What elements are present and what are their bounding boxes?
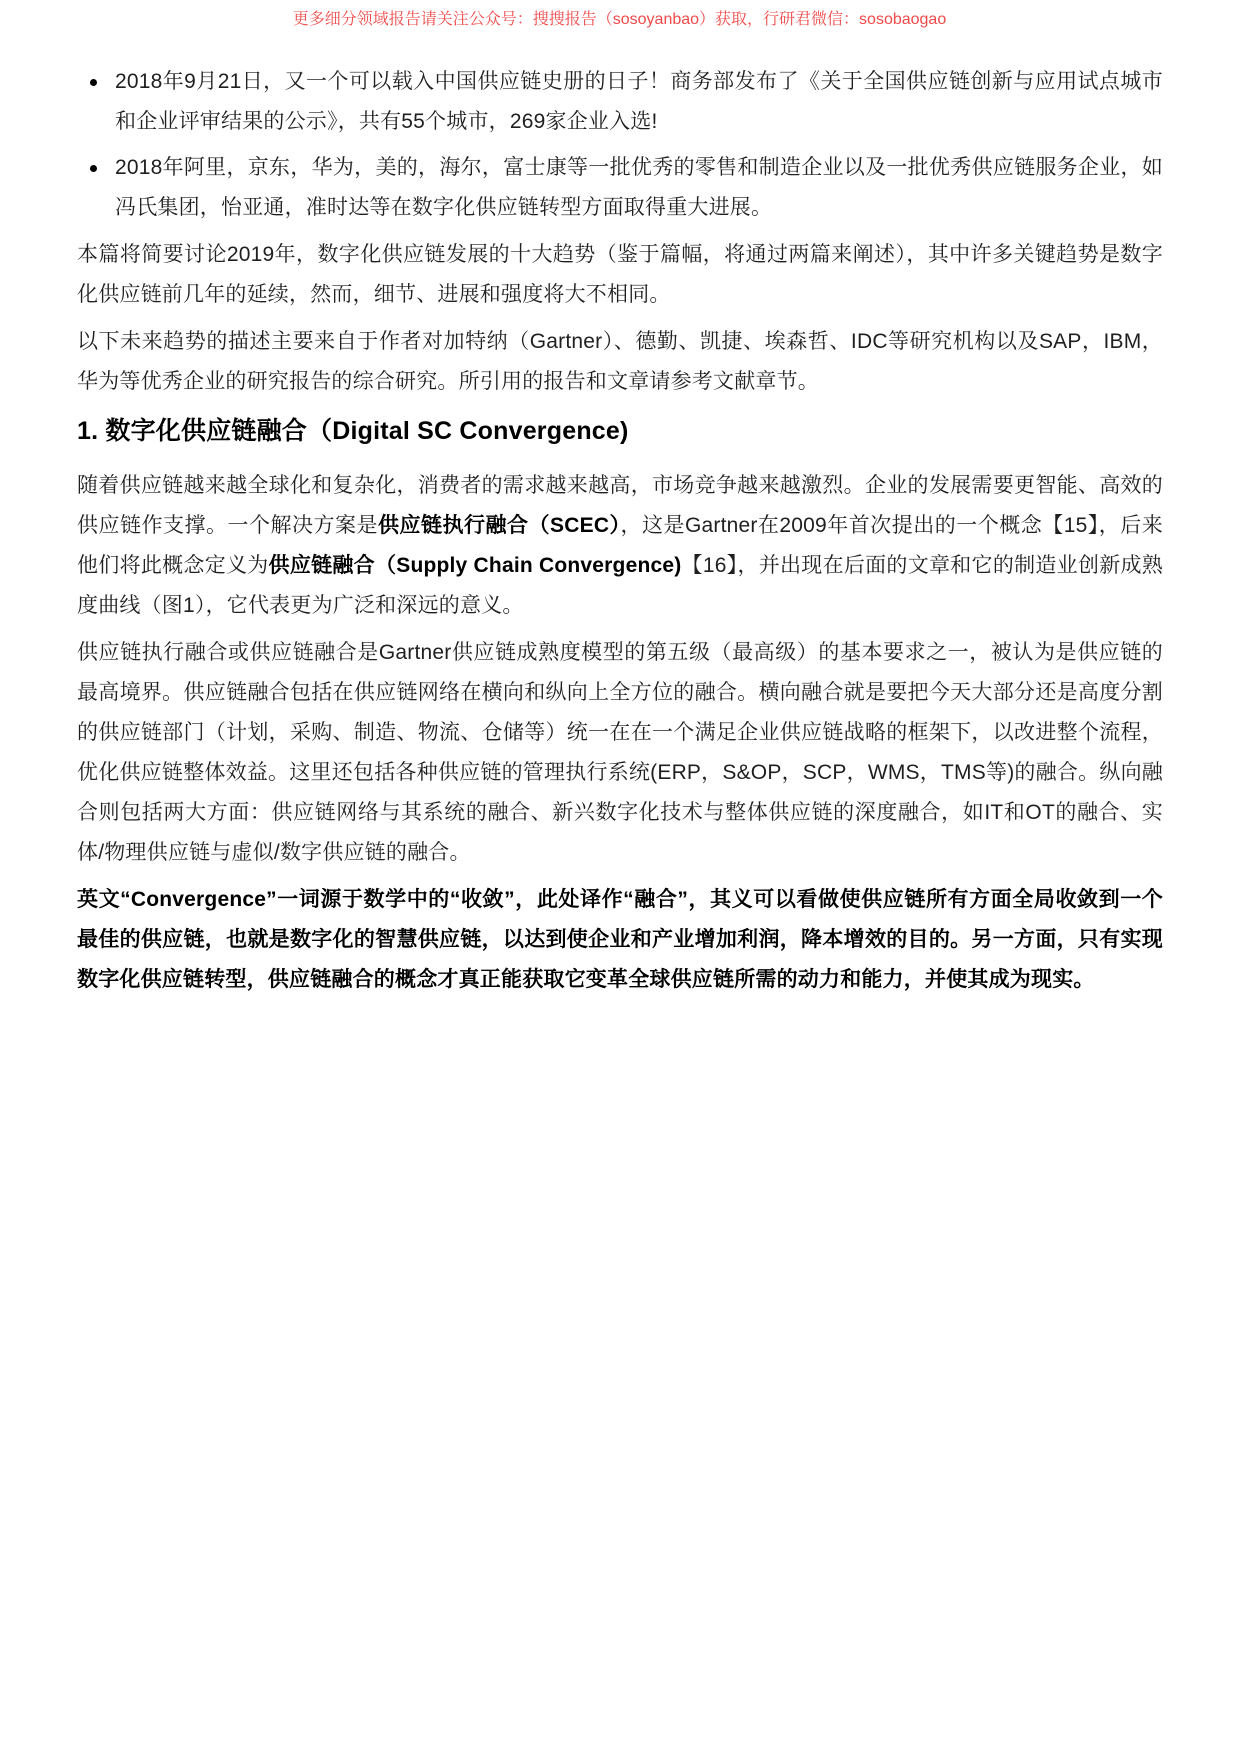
text-run: 英文“Convergence”一词源于数学中的“收敛”，此处译作“融合”，其义可… xyxy=(77,888,1163,991)
paragraph: 以下未来趋势的描述主要来自于作者对加特纳（Gartner）、德勤、凯捷、埃森哲、… xyxy=(77,322,1163,402)
promo-header: 更多细分领域报告请关注公众号：搜搜报告（sosoyanbao）获取，行研君微信：… xyxy=(0,0,1239,31)
text-run: 供应链执行融合或供应链融合是Gartner供应链成熟度模型的第五级（最高级）的基… xyxy=(77,641,1163,864)
document-body: 2018年9月21日，又一个可以载入中国供应链史册的日子！商务部发布了《关于全国… xyxy=(77,62,1163,1000)
section-heading: 1. 数字化供应链融合（Digital SC Convergence) xyxy=(77,413,1163,449)
bullet-icon xyxy=(90,79,97,86)
list-item: 2018年阿里，京东，华为，美的，海尔，富士康等一批优秀的零售和制造企业以及一批… xyxy=(77,148,1163,228)
paragraph: 本篇将简要讨论2019年，数字化供应链发展的十大趋势（鉴于篇幅，将通过两篇来阐述… xyxy=(77,235,1163,315)
text-run: 供应链融合（Supply Chain Convergence) xyxy=(269,554,682,577)
text-run: 2018年阿里，京东，华为，美的，海尔，富士康等一批优秀的零售和制造企业以及一批… xyxy=(115,156,1163,219)
bullet-icon xyxy=(90,165,97,172)
document-page: 更多细分领域报告请关注公众号：搜搜报告（sosoyanbao）获取，行研君微信：… xyxy=(0,0,1239,1754)
bullet-list: 2018年9月21日，又一个可以载入中国供应链史册的日子！商务部发布了《关于全国… xyxy=(77,62,1163,228)
text-run: 2018年9月21日，又一个可以载入中国供应链史册的日子！商务部发布了《关于全国… xyxy=(115,70,1163,133)
paragraph: 英文“Convergence”一词源于数学中的“收敛”，此处译作“融合”，其义可… xyxy=(77,880,1163,1000)
text-run: 以下未来趋势的描述主要来自于作者对加特纳（Gartner）、德勤、凯捷、埃森哲、… xyxy=(77,330,1163,393)
text-run: 1. 数字化供应链融合（Digital SC Convergence) xyxy=(77,417,629,445)
paragraph: 随着供应链越来越全球化和复杂化，消费者的需求越来越高，市场竞争越来越激烈。企业的… xyxy=(77,466,1163,626)
text-run: 供应链执行融合（SCEC） xyxy=(378,514,620,537)
list-item: 2018年9月21日，又一个可以载入中国供应链史册的日子！商务部发布了《关于全国… xyxy=(77,62,1163,142)
text-run: 本篇将简要讨论2019年，数字化供应链发展的十大趋势（鉴于篇幅，将通过两篇来阐述… xyxy=(77,243,1163,306)
paragraph: 供应链执行融合或供应链融合是Gartner供应链成熟度模型的第五级（最高级）的基… xyxy=(77,633,1163,873)
